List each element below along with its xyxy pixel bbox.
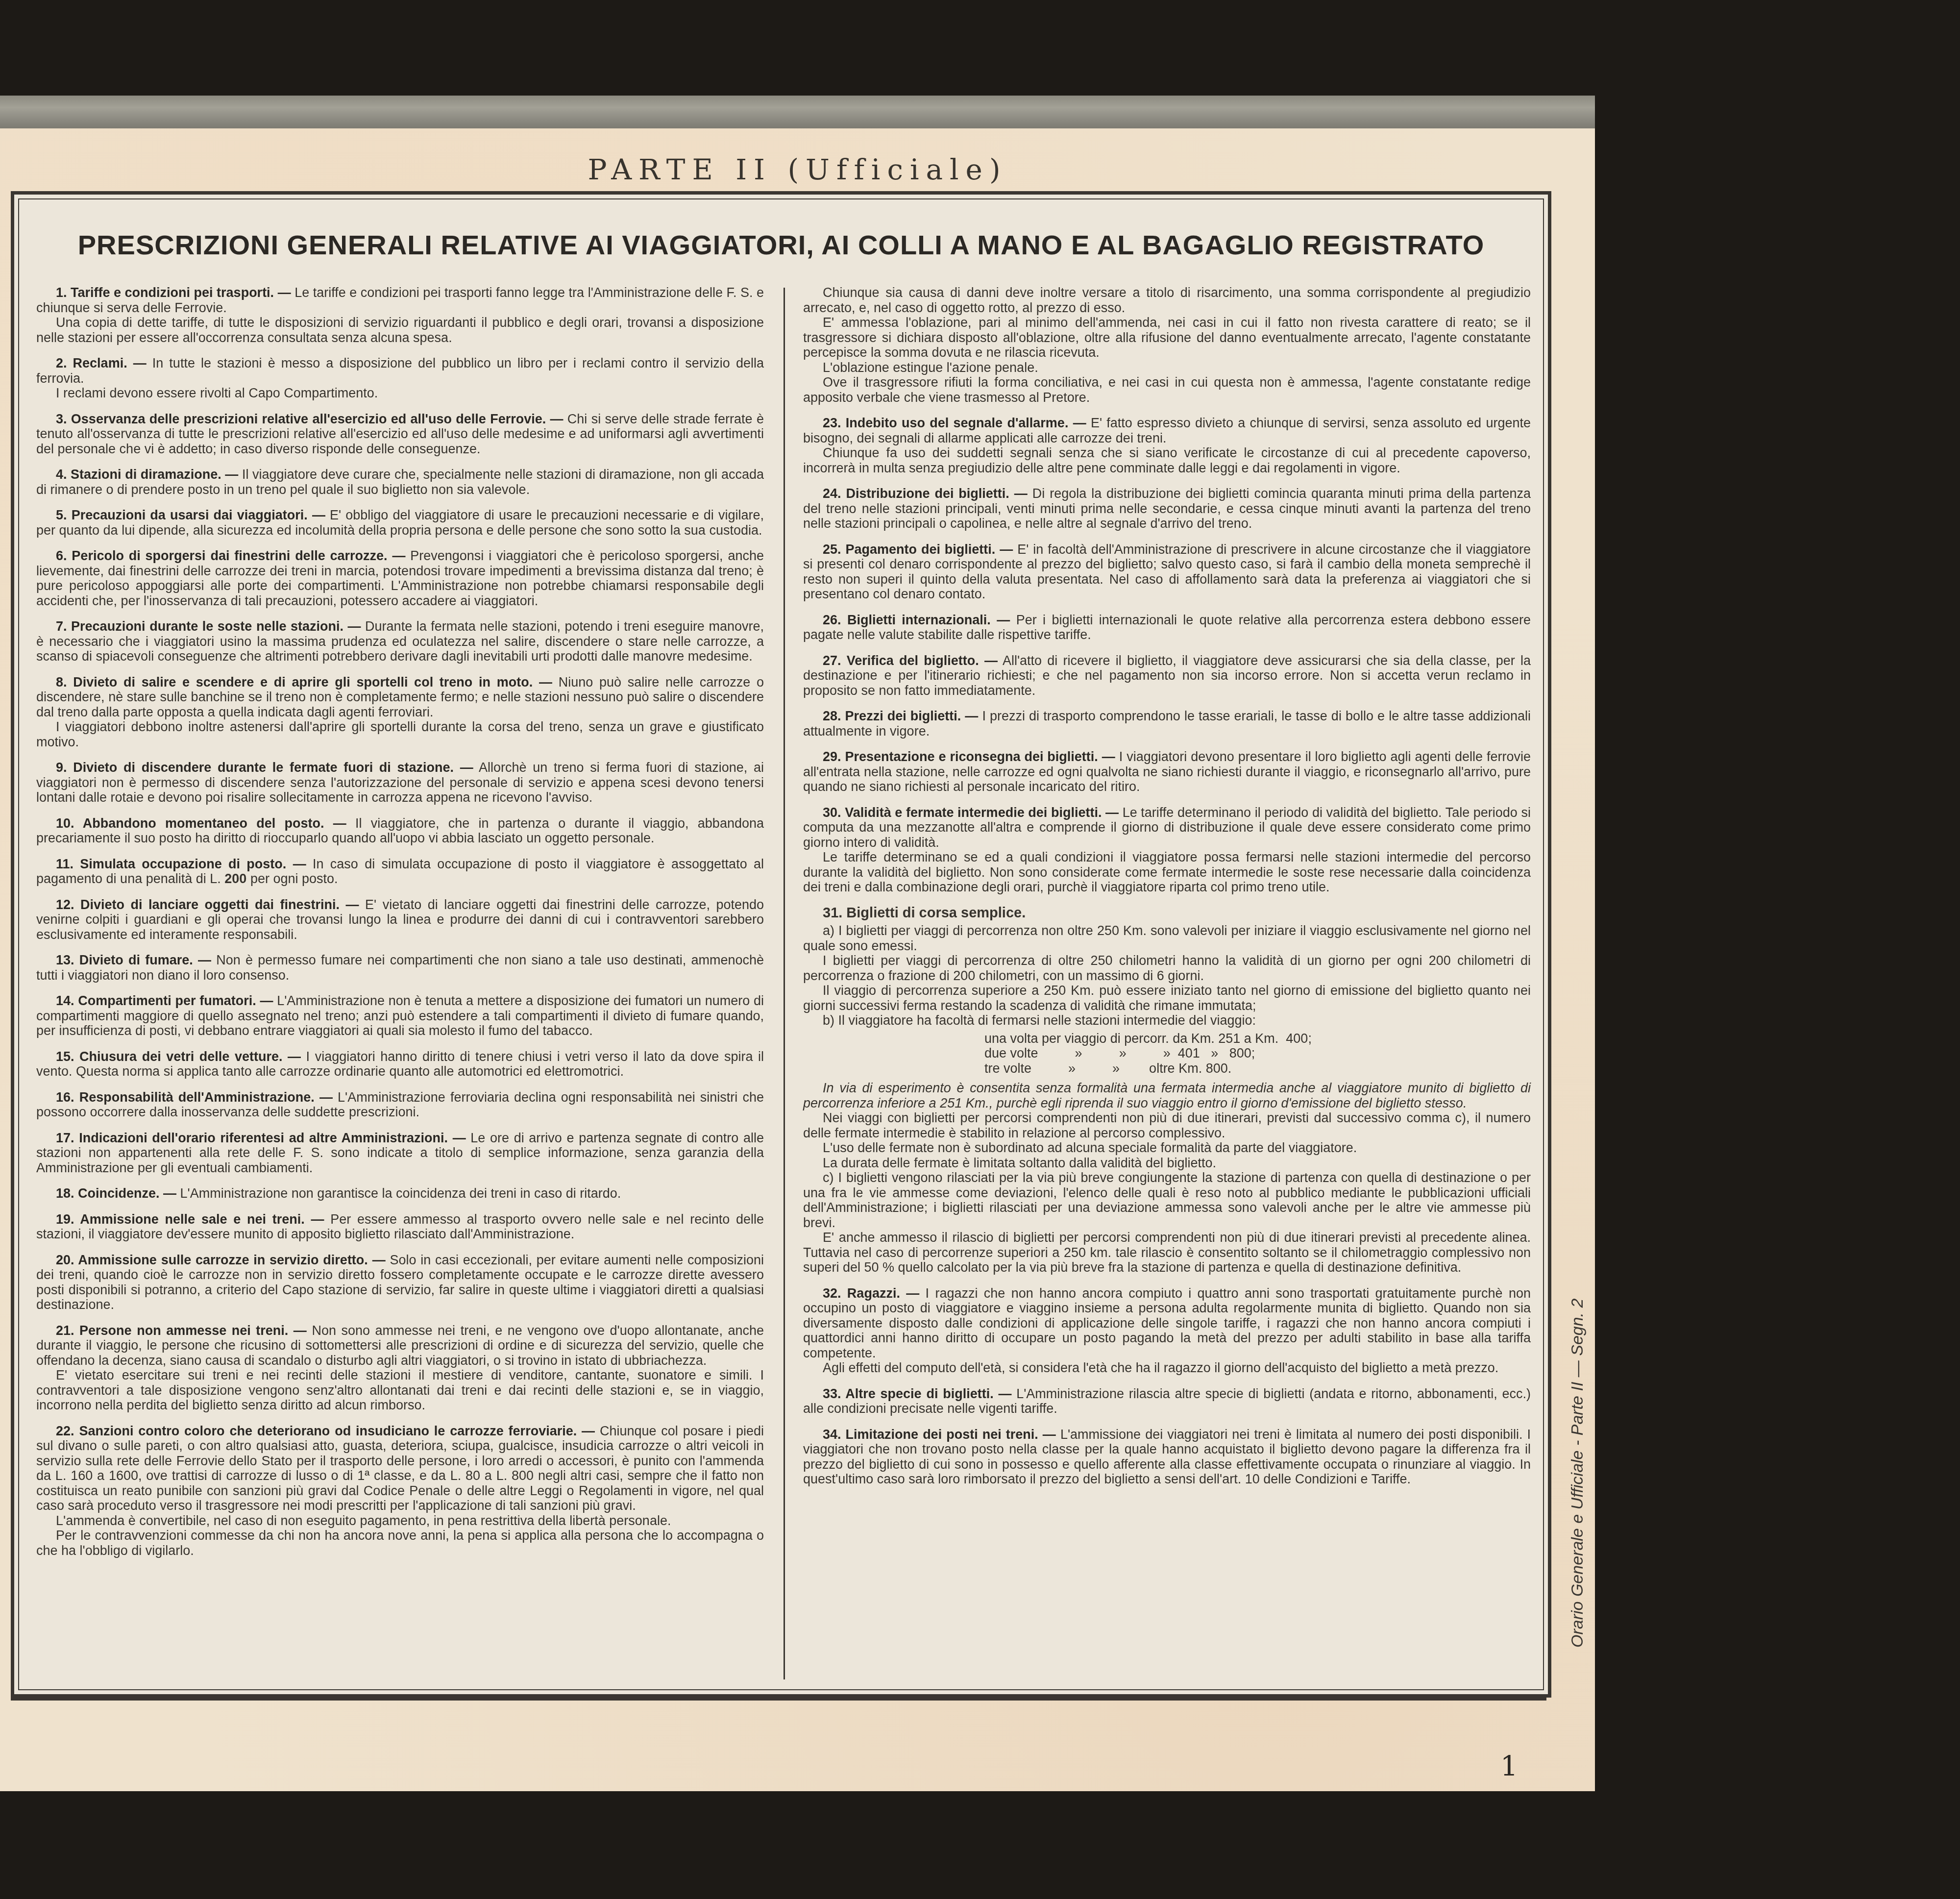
section-heading: 14. Compartimenti per fumatori. —: [56, 993, 273, 1008]
section-2: 2. Reclami. — In tutte le stazioni è mes…: [36, 356, 764, 401]
section-text: Una copia di dette tariffe, di tutte le …: [36, 315, 764, 345]
section-heading: 6. Pericolo di sporgersi dai finestrini …: [56, 548, 405, 563]
section-21: 21. Persone non ammesse nei treni. — Non…: [36, 1323, 764, 1413]
stops-row: due volte » » » 401 » 800;: [984, 1046, 1531, 1061]
section-text: b) Il viaggiatore ha facoltà di fermarsi…: [803, 1013, 1531, 1028]
section-27: 27. Verifica del biglietto. — All'atto d…: [803, 653, 1531, 698]
section-text: Nei viaggi con biglietti per percorsi co…: [803, 1110, 1531, 1140]
section-34: 34. Limitazione dei posti nei treni. — L…: [803, 1427, 1531, 1487]
section-15: 15. Chiusura dei vetri delle vetture. — …: [36, 1049, 764, 1079]
section-heading: 13. Divieto di fumare. —: [56, 953, 211, 967]
section-16: 16. Responsabilità dell'Amministrazione.…: [36, 1090, 764, 1120]
section-7: 7. Precauzioni durante le soste nelle st…: [36, 619, 764, 664]
penalty-amount: 200: [224, 871, 246, 886]
section-text: E' vietato esercitare sui treni e nei re…: [36, 1368, 764, 1413]
section-4: 4. Stazioni di diramazione. — Il viaggia…: [36, 467, 764, 497]
section-31: 31. Biglietti di corsa semplice. a) I bi…: [803, 906, 1531, 1275]
section-20: 20. Ammissione sulle carrozze in servizi…: [36, 1253, 764, 1312]
section-28: 28. Prezzi dei biglietti. — I prezzi di …: [803, 709, 1531, 739]
intermediate-stops-table: una volta per viaggio di percorr. da Km.…: [984, 1031, 1531, 1076]
section-33: 33. Altre specie di biglietti. — L'Ammin…: [803, 1386, 1531, 1416]
section-8: 8. Divieto di salire e scendere e di apr…: [36, 675, 764, 750]
section-text: E' anche ammesso il rilascio di bigliett…: [803, 1230, 1531, 1275]
section-23: 23. Indebito uso del segnale d'allarme. …: [803, 416, 1531, 475]
section-text: a) I biglietti per viaggi di percorrenza…: [803, 923, 1531, 953]
section-29: 29. Presentazione e riconsegna dei bigli…: [803, 749, 1531, 794]
section-13: 13. Divieto di fumare. — Non è permesso …: [36, 953, 764, 983]
section-heading: 15. Chiusura dei vetri delle vetture. —: [56, 1049, 301, 1064]
section-heading: 5. Precauzioni da usarsi dai viaggiatori…: [56, 508, 325, 522]
section-3: 3. Osservanza delle prescrizioni relativ…: [36, 412, 764, 457]
section-heading: 29. Presentazione e riconsegna dei bigli…: [823, 749, 1115, 764]
section-22: 22. Sanzioni contro coloro che deteriora…: [36, 1424, 764, 1558]
stops-row: tre volte » » oltre Km. 800.: [984, 1061, 1531, 1076]
section-heading: 2. Reclami. —: [56, 356, 147, 370]
section-text: Il viaggio di percorrenza superiore a 25…: [803, 983, 1531, 1013]
section-5: 5. Precauzioni da usarsi dai viaggiatori…: [36, 508, 764, 538]
section-heading: 23. Indebito uso del segnale d'allarme. …: [823, 416, 1086, 430]
section-text: L'oblazione estingue l'azione penale.: [803, 360, 1531, 375]
section-heading: 27. Verifica del biglietto. —: [823, 653, 998, 668]
section-heading: 28. Prezzi dei biglietti. —: [823, 709, 978, 723]
section-heading: 24. Distribuzione dei biglietti. —: [823, 486, 1028, 501]
section-22-continued: Chiunque sia causa di danni deve inoltre…: [803, 285, 1531, 405]
section-9: 9. Divieto di discendere durante le ferm…: [36, 760, 764, 805]
section-heading: 25. Pagamento dei biglietti. —: [823, 542, 1013, 557]
stops-row: una volta per viaggio di percorr. da Km.…: [984, 1031, 1531, 1046]
section-1: 1. Tariffe e condizioni pei trasporti. —…: [36, 285, 764, 345]
section-heading: 26. Biglietti internazionali. —: [823, 613, 1010, 627]
section-heading: 8. Divieto di salire e scendere e di apr…: [56, 675, 552, 690]
section-heading: 34. Limitazione dei posti nei treni. —: [823, 1427, 1056, 1442]
part-title: PARTE II (Ufficiale): [0, 153, 1595, 186]
section-text: per ogni posto.: [250, 871, 338, 886]
section-18: 18. Coincidenze. — L'Amministrazione non…: [36, 1186, 764, 1201]
section-heading: 21. Persone non ammesse nei treni. —: [56, 1323, 307, 1338]
section-heading: 3. Osservanza delle prescrizioni relativ…: [56, 412, 563, 426]
section-30: 30. Validità e fermate intermedie dei bi…: [803, 805, 1531, 895]
content-frame: PRESCRIZIONI GENERALI RELATIVE AI VIAGGI…: [11, 191, 1551, 1698]
section-6: 6. Pericolo di sporgersi dai finestrini …: [36, 548, 764, 608]
section-heading: 31. Biglietti di corsa semplice.: [823, 906, 1531, 921]
section-text: I reclami devono essere rivolti al Capo …: [36, 386, 764, 401]
section-32: 32. Ragazzi. — I ragazzi che non hanno a…: [803, 1286, 1531, 1376]
section-text: E' ammessa l'oblazione, pari al minimo d…: [803, 315, 1531, 360]
section-12: 12. Divieto di lanciare oggetti dai fine…: [36, 897, 764, 942]
section-heading: 10. Abbandono momentaneo del posto. —: [56, 816, 346, 831]
section-text: Per le contravvenzioni commesse da chi n…: [36, 1528, 764, 1558]
section-19: 19. Ammissione nelle sale e nei treni. —…: [36, 1212, 764, 1242]
section-heading: 30. Validità e fermate intermedie dei bi…: [823, 805, 1119, 820]
section-text: I biglietti per viaggi di percorrenza di…: [803, 953, 1531, 983]
section-heading: 33. Altre specie di biglietti. —: [823, 1386, 1011, 1401]
column-divider: [784, 288, 785, 1679]
section-text: Chiunque sia causa di danni deve inoltre…: [803, 285, 1531, 315]
section-24: 24. Distribuzione dei biglietti. — Di re…: [803, 486, 1531, 531]
section-heading: 7. Precauzioni durante le soste nelle st…: [56, 619, 361, 634]
page-number: 1: [1500, 1751, 1518, 1782]
section-heading: 4. Stazioni di diramazione. —: [56, 467, 238, 482]
section-heading: 32. Ragazzi. —: [823, 1286, 919, 1301]
section-text: Chiunque fa uso dei suddetti segnali sen…: [803, 445, 1531, 475]
right-column: Chiunque sia causa di danni deve inoltre…: [803, 285, 1531, 1498]
section-17: 17. Indicazioni dell'orario riferentesi …: [36, 1131, 764, 1176]
section-heading: 17. Indicazioni dell'orario riferentesi …: [56, 1131, 466, 1145]
page-stack-edge: [0, 96, 1595, 130]
section-heading: 18. Coincidenze. —: [56, 1186, 176, 1201]
left-column: 1. Tariffe e condizioni pei trasporti. —…: [36, 285, 764, 1569]
section-text: Le tariffe determinano se ed a quali con…: [803, 850, 1531, 895]
section-text: L'uso delle fermate non è subordinato ad…: [803, 1140, 1531, 1156]
section-14: 14. Compartimenti per fumatori. — L'Ammi…: [36, 993, 764, 1038]
section-heading: 1. Tariffe e condizioni pei trasporti. —: [56, 285, 291, 300]
section-text: L'ammenda è convertibile, nel caso di no…: [36, 1513, 764, 1529]
section-text: La durata delle fermate è limitata solta…: [803, 1156, 1531, 1171]
section-heading: 20. Ammissione sulle carrozze in servizi…: [56, 1253, 386, 1267]
section-heading: 12. Divieto di lanciare oggetti dai fine…: [56, 897, 359, 912]
section-heading: 11. Simulata occupazione di posto. —: [56, 857, 306, 871]
section-text: I viaggiatori debbono inoltre astenersi …: [36, 719, 764, 749]
section-heading: 9. Divieto di discendere durante le ferm…: [56, 760, 473, 775]
section-heading: 16. Responsabilità dell'Amministrazione.…: [56, 1090, 333, 1105]
bottom-rule: [11, 1696, 1546, 1701]
section-heading: 19. Ammissione nelle sale e nei treni. —: [56, 1212, 324, 1227]
section-text: c) I biglietti vengono rilasciati per la…: [803, 1170, 1531, 1230]
section-text: Agli effetti del computo dell'età, si co…: [803, 1360, 1531, 1376]
section-25: 25. Pagamento dei biglietti. — E' in fac…: [803, 542, 1531, 602]
section-11: 11. Simulata occupazione di posto. — In …: [36, 857, 764, 887]
margin-side-text: Orario Generale e Ufficiale - Parte II —…: [1568, 1299, 1587, 1648]
experimental-note: In via di esperimento è consentita senza…: [803, 1081, 1531, 1110]
section-heading: 22. Sanzioni contro coloro che deteriora…: [56, 1424, 595, 1438]
section-text: L'Amministrazione non garantisce la coin…: [180, 1186, 621, 1201]
document-page: PARTE II (Ufficiale) PRESCRIZIONI GENERA…: [0, 128, 1595, 1791]
section-26: 26. Biglietti internazionali. — Per i bi…: [803, 613, 1531, 642]
section-10: 10. Abbandono momentaneo del posto. — Il…: [36, 816, 764, 846]
document-title: PRESCRIZIONI GENERALI RELATIVE AI VIAGGI…: [14, 229, 1548, 261]
section-text: Ove il trasgressore rifiuti la forma con…: [803, 375, 1531, 405]
